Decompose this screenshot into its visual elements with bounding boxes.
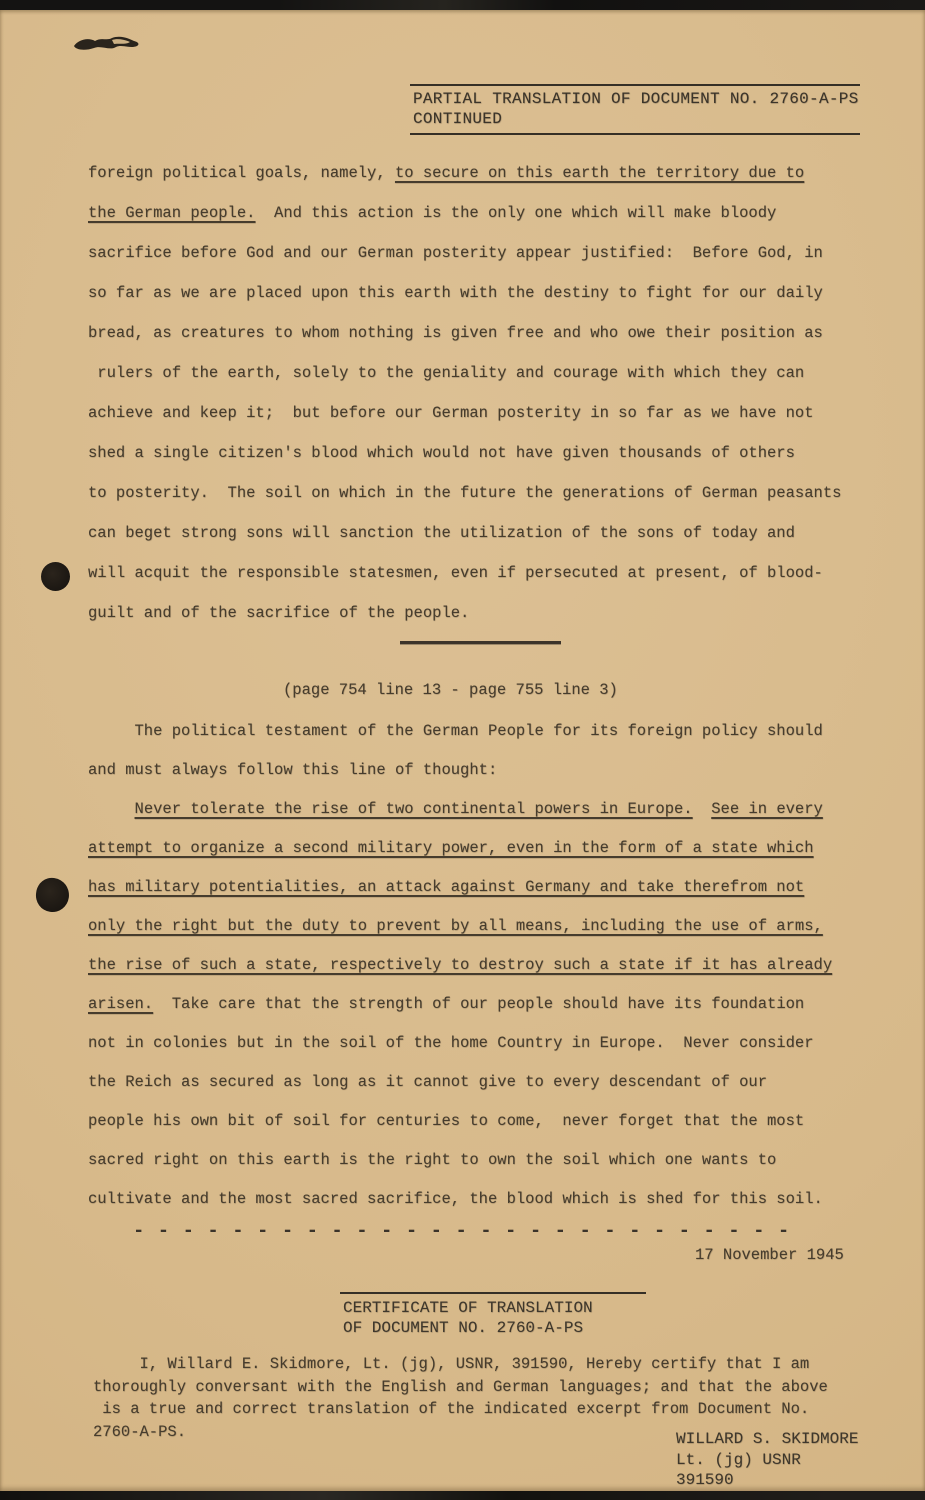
scan-edge-bottom [0,1491,925,1500]
dashed-separator: - - - - - - - - - - - - - - - - - - - - … [133,1220,790,1242]
paragraph-2: The political testament of the German Pe… [88,712,832,1219]
header-continued: CONTINUED [413,109,860,129]
section-divider-line [400,641,561,644]
text-line: can beget strong sons will sanction the … [88,513,841,553]
text-line: the Reich as secured as long as it canno… [88,1063,832,1102]
text-line: achieve and keep it; but before our Germ… [88,393,841,433]
page-reference: (page 754 line 13 - page 755 line 3) [283,678,618,702]
text-line: only the right but the duty to prevent b… [88,907,832,946]
header-title: PARTIAL TRANSLATION OF DOCUMENT NO. 2760… [413,89,860,109]
text-line: thoroughly conversant with the English a… [93,1376,828,1399]
text-line: shed a single citizen's blood which woul… [88,433,841,473]
hole-punch-top [41,562,70,591]
text-line: will acquit the responsible statesmen, e… [88,553,841,593]
signature-block: WILLARD S. SKIDMORE Lt. (jg) USNR 391590 [676,1429,858,1491]
document-page: PARTIAL TRANSLATION OF DOCUMENT NO. 2760… [0,0,925,1500]
text-line: people his own bit of soil for centuries… [88,1102,832,1141]
signature-name: WILLARD S. SKIDMORE [676,1429,858,1450]
text-line: the German people. And this action is th… [88,193,841,233]
scan-edge-top [0,0,925,10]
paragraph-1: foreign political goals, namely, to secu… [88,153,841,633]
text-line: Never tolerate the rise of two continent… [88,790,832,829]
certificate-heading-line2: OF DOCUMENT NO. 2760-A-PS [343,1318,646,1338]
text-line: The political testament of the German Pe… [88,712,832,751]
text-line: the rise of such a state, respectively t… [88,946,832,985]
date: 17 November 1945 [695,1246,844,1264]
text-line: attempt to organize a second military po… [88,829,832,868]
text-line: to posterity. The soil on which in the f… [88,473,841,513]
signature-rank: Lt. (jg) USNR [676,1450,858,1471]
document-header: PARTIAL TRANSLATION OF DOCUMENT NO. 2760… [410,84,860,135]
signature-serial: 391590 [676,1470,858,1491]
text-line: rulers of the earth, solely to the genia… [88,353,841,393]
text-line: so far as we are placed upon this earth … [88,273,841,313]
text-line: sacrifice before God and our German post… [88,233,841,273]
ink-smudge [68,28,152,60]
text-line: arisen. Take care that the strength of o… [88,985,832,1024]
text-line: is a true and correct translation of the… [93,1398,828,1421]
text-line: bread, as creatures to whom nothing is g… [88,313,841,353]
text-line: and must always follow this line of thou… [88,751,832,790]
text-line: foreign political goals, namely, to secu… [88,153,841,193]
text-line: I, Willard E. Skidmore, Lt. (jg), USNR, … [93,1353,828,1376]
text-line: not in colonies but in the soil of the h… [88,1024,832,1063]
text-line: cultivate and the most sacred sacrifice,… [88,1180,832,1219]
text-line: guilt and of the sacrifice of the people… [88,593,841,633]
text-line: sacred right on this earth is the right … [88,1141,832,1180]
text-line: has military potentialities, an attack a… [88,868,832,907]
certificate-heading: CERTIFICATE OF TRANSLATION OF DOCUMENT N… [340,1292,646,1338]
certificate-heading-line1: CERTIFICATE OF TRANSLATION [343,1298,646,1318]
